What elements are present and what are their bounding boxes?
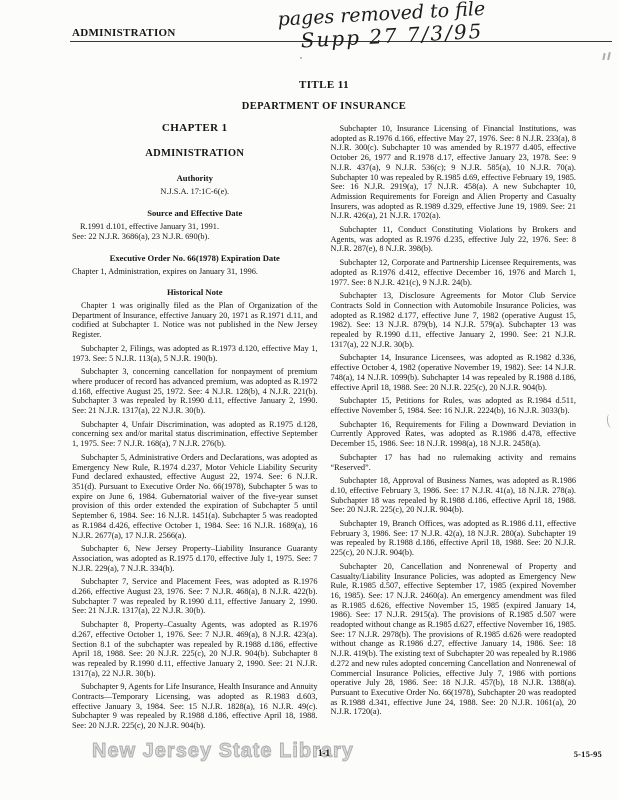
footer-date: 5-15-95 (574, 749, 602, 759)
historical-note-paragraph: Subchapter 6, New Jersey Property–Liabil… (72, 544, 318, 573)
expiration-heading: Executive Order No. 66(1978) Expiration … (72, 254, 318, 264)
authority-heading: Authority (72, 174, 318, 184)
department-heading: DEPARTMENT OF INSURANCE (72, 101, 576, 112)
historical-note-paragraph: Subchapter 7, Service and Placement Fees… (72, 577, 318, 616)
title-heading: TITLE 11 (72, 79, 576, 91)
historical-note-paragraph: Subchapter 8, Property–Casualty Agents, … (72, 620, 318, 678)
historical-note-paragraph: Subchapter 11, Conduct Constituting Viol… (331, 225, 577, 254)
scan-artifact (602, 53, 605, 60)
chapter-number: CHAPTER 1 (72, 124, 318, 134)
historical-note-paragraph: Subchapter 16, Requirements for Filing a… (331, 420, 577, 449)
historical-note-paragraph: Subchapter 17 has had no rulemaking acti… (331, 453, 577, 472)
handwritten-annotation: pages removed to file Supp 27 7/3/95 (277, 0, 609, 53)
historical-note-paragraph: Subchapter 14, Insurance Licensees, was … (331, 353, 577, 392)
scan-artifact (300, 57, 302, 59)
source-line-2: See: 22 N.J.R. 3686(a), 23 N.J.R. 690(b)… (72, 232, 318, 242)
source-line-1: R.1991 d.101, effective January 31, 1991… (72, 222, 318, 232)
authority-citation: N.J.S.A. 17:1C-6(e). (72, 187, 318, 197)
historical-note-paragraph: Subchapter 9, Agents for Life Insurance,… (72, 682, 318, 731)
historical-note-paragraphs: Chapter 1 was originally filed as the Pl… (72, 301, 318, 731)
expiration-line: Chapter 1, Administration, expires on Ja… (72, 267, 318, 277)
right-column: Subchapter 10, Insurance Licensing of Fi… (331, 124, 577, 731)
historical-note-paragraph: Chapter 1 was originally filed as the Pl… (72, 301, 318, 340)
left-column: CHAPTER 1 ADMINISTRATION Authority N.J.S… (72, 124, 318, 731)
right-column-paragraphs: Subchapter 10, Insurance Licensing of Fi… (331, 124, 577, 717)
scan-artifact (607, 52, 610, 60)
running-header: ADMINISTRATION (72, 27, 176, 39)
historical-note-paragraph: Subchapter 10, Insurance Licensing of Fi… (331, 124, 577, 221)
scan-artifact (606, 414, 615, 429)
historical-note-paragraph: Subchapter 2, Filings, was adopted as R.… (72, 344, 318, 363)
historical-note-heading: Historical Note (72, 288, 318, 298)
two-column-body: CHAPTER 1 ADMINISTRATION Authority N.J.S… (72, 124, 576, 731)
historical-note-paragraph: Subchapter 13, Disclosure Agreements for… (331, 291, 577, 349)
historical-note-paragraph: Subchapter 18, Approval of Business Name… (331, 476, 577, 515)
historical-note-paragraph: Subchapter 19, Branch Offices, was adopt… (331, 519, 577, 558)
source-effective-date-heading: Source and Effective Date (72, 209, 318, 219)
historical-note-paragraph: Subchapter 3, concerning cancellation fo… (72, 367, 318, 416)
scanned-document-page: ADMINISTRATION pages removed to file Sup… (0, 0, 618, 800)
page-number: 1-1 (72, 748, 576, 758)
historical-note-paragraph: Subchapter 15, Petitions for Rules, was … (331, 396, 577, 415)
historical-note-paragraph: Subchapter 12, Corporate and Partnership… (331, 258, 577, 287)
historical-note-paragraph: Subchapter 5, Administrative Orders and … (72, 453, 318, 540)
chapter-title: ADMINISTRATION (72, 149, 318, 159)
historical-note-paragraph: Subchapter 20, Cancellation and Nonrenew… (331, 562, 577, 717)
historical-note-paragraph: Subchapter 4, Unfair Discrimination, was… (72, 420, 318, 449)
